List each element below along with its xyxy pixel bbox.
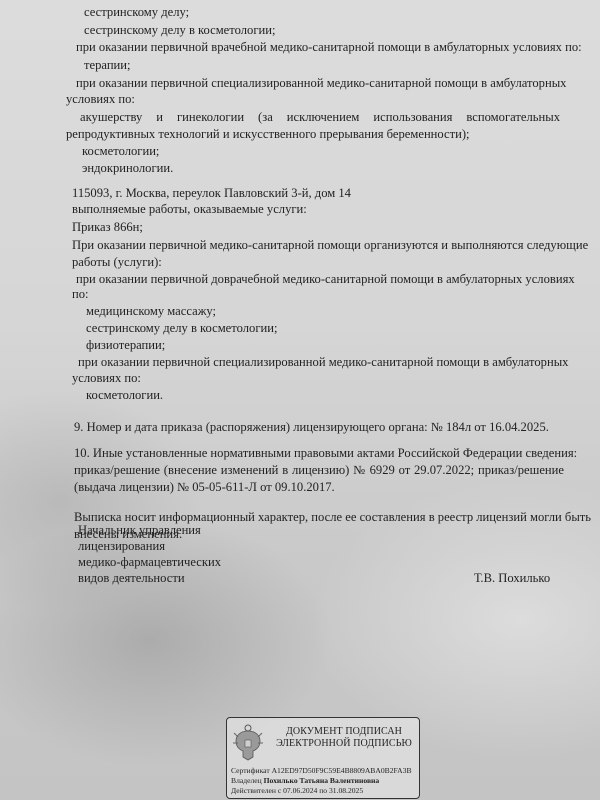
text-line: физиотерапии;: [86, 338, 165, 353]
text-line: при оказании первичной специализированно…: [78, 355, 562, 370]
text-line: по:: [72, 287, 89, 302]
signatory-name: Т.В. Похилько: [474, 571, 550, 586]
signatory-position: видов деятельности: [78, 571, 185, 586]
owner-value: Похилько Татьяна Валентиновна: [264, 776, 380, 785]
text-line: выполняемые работы, оказываемые услуги:: [72, 202, 307, 217]
russian-coat-of-arms-icon: [233, 723, 263, 761]
stamp-title: ДОКУМЕНТ ПОДПИСАН ЭЛЕКТРОННОЙ ПОДПИСЬЮ: [271, 726, 417, 750]
text-line: репродуктивных технологий и искусственно…: [66, 127, 470, 142]
text-line: акушерству и гинекологии (за исключением…: [80, 110, 560, 125]
text-line: косметологии;: [82, 144, 159, 159]
text-line: эндокринологии.: [82, 161, 173, 176]
text-line: Приказ 866н;: [72, 220, 143, 235]
text-line: при оказании первичной врачебной медико-…: [76, 40, 582, 55]
address-line: 115093, г. Москва, переулок Павловский 3…: [72, 186, 351, 201]
text-line: при оказании первичной специализированно…: [76, 76, 560, 91]
text-line: косметологии.: [86, 388, 163, 403]
electronic-signature-stamp: ДОКУМЕНТ ПОДПИСАН ЭЛЕКТРОННОЙ ПОДПИСЬЮ С…: [226, 717, 420, 799]
stamp-title-line: ДОКУМЕНТ ПОДПИСАН: [271, 726, 417, 738]
owner-row: Владелец Похилько Татьяна Валентиновна: [231, 776, 379, 785]
validity-row: Действителен с 07.06.2024 по 31.08.2025: [231, 786, 363, 795]
signatory-position: лицензирования: [78, 539, 165, 554]
text-line: терапии;: [84, 58, 131, 73]
text-line: сестринскому делу в косметологии;: [84, 23, 275, 38]
owner-label: Владелец: [231, 776, 262, 785]
certificate-row: Сертификат A12ED97D50F9C59E4B8809ABA0B2F…: [231, 766, 412, 775]
other-info-line: приказ/решение (внесение изменений в лиц…: [74, 463, 564, 478]
text-line: условиях по:: [72, 371, 141, 386]
stamp-title-line: ЭЛЕКТРОННОЙ ПОДПИСЬЮ: [271, 738, 417, 750]
order-number-line: 9. Номер и дата приказа (распоряжения) л…: [74, 420, 549, 435]
certificate-value: A12ED97D50F9C59E4B8809ABA0B2FA3B: [272, 766, 412, 775]
text-line: медицинскому массажу;: [86, 304, 216, 319]
text-line: При оказании первичной медико-санитарной…: [72, 238, 588, 253]
text-line: при оказании первичной доврачебной медик…: [76, 272, 562, 287]
certificate-label: Сертификат: [231, 766, 270, 775]
other-info-line: 10. Иные установленные нормативными прав…: [74, 446, 564, 461]
signatory-position: Начальник управления: [78, 523, 201, 538]
text-line: работы (услуги):: [72, 255, 162, 270]
license-extract-page: сестринскому делу; сестринскому делу в к…: [0, 0, 600, 800]
other-info-line: (выдача лицензии) № 05-05-611-Л от 09.10…: [74, 480, 335, 495]
text-line: сестринскому делу;: [84, 5, 189, 20]
text-line: условиях по:: [66, 92, 135, 107]
signatory-position: медико-фармацевтических: [78, 555, 221, 570]
text-line: сестринскому делу в косметологии;: [86, 321, 277, 336]
